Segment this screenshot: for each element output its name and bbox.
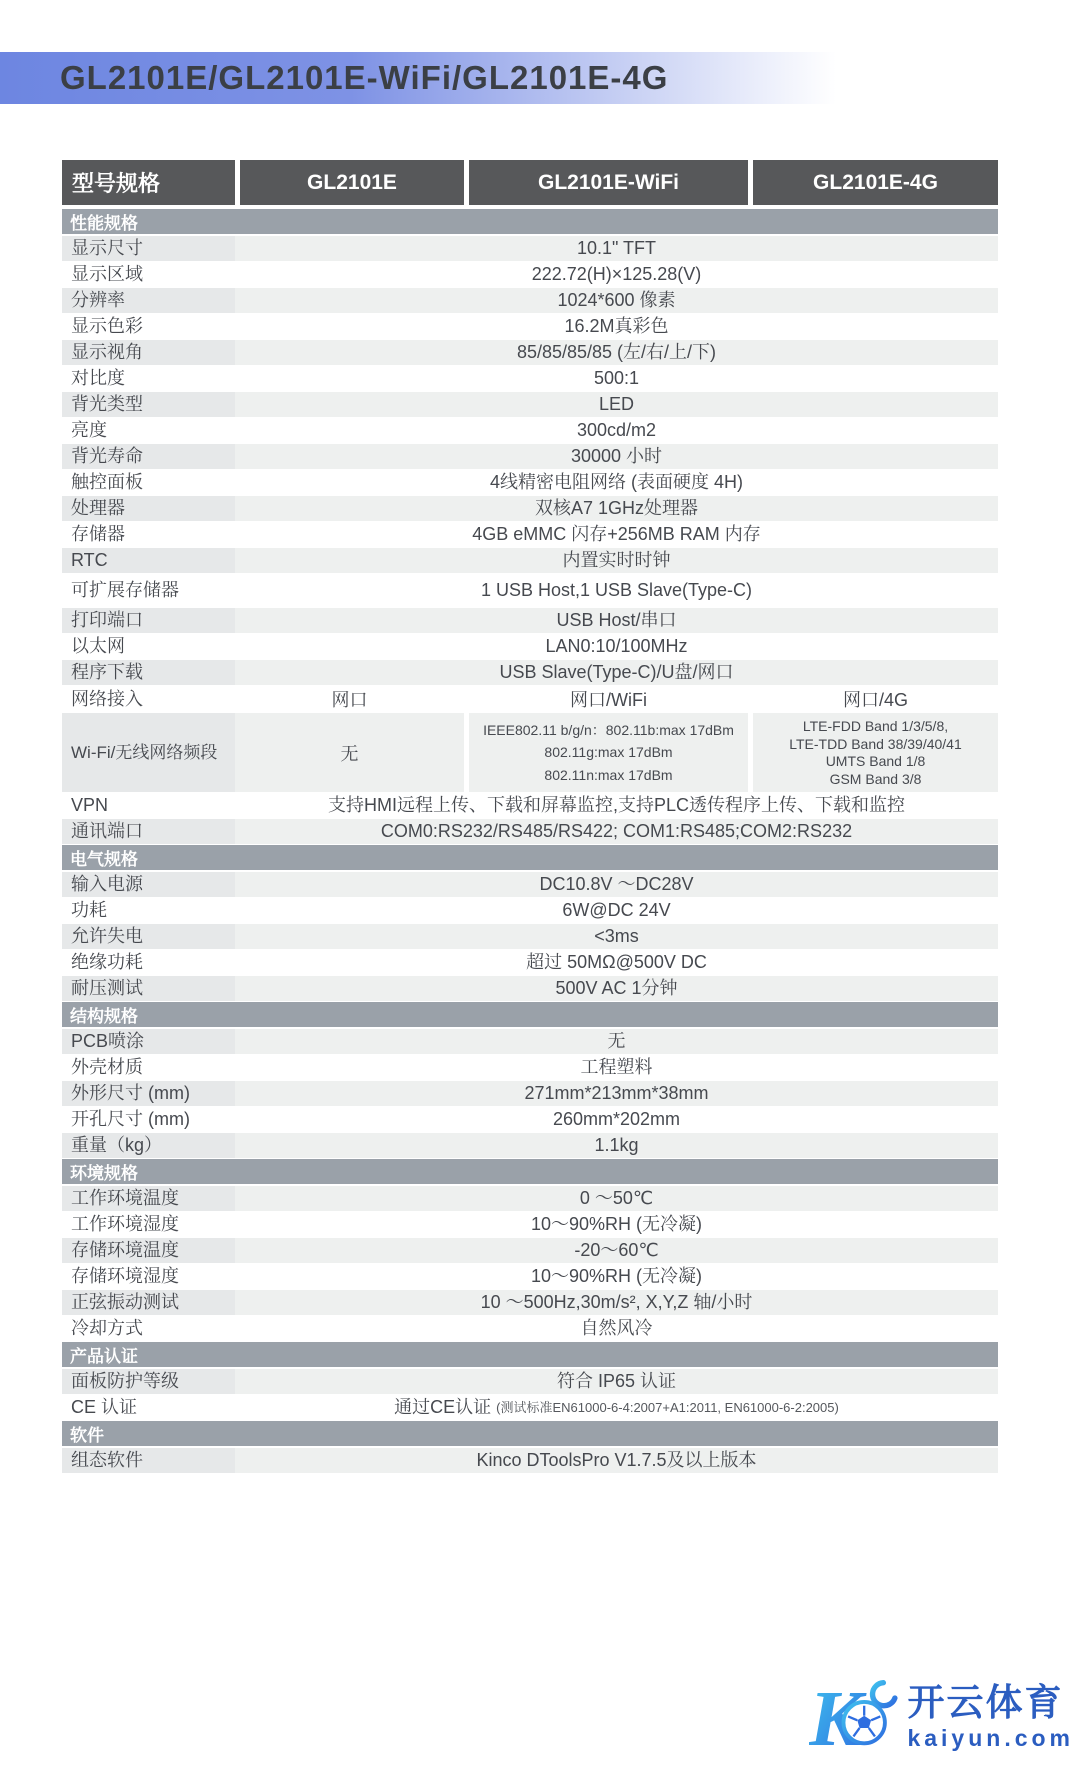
row-label: 存储环境湿度 xyxy=(62,1264,235,1289)
row-label: 显示区域 xyxy=(62,262,235,287)
wifi-cell-gl2101e-4g: LTE-FDD Band 1/3/5/8, LTE-TDD Band 38/39… xyxy=(753,713,998,792)
row-value: 500V AC 1分钟 xyxy=(235,976,998,1001)
table-row: 工作环境温度0 ～50℃ xyxy=(62,1186,998,1211)
row-value: 超过 50MΩ@500V DC xyxy=(235,950,998,975)
row-value: 通过CE认证 (测试标准EN61000-6-4:2007+A1:2011, EN… xyxy=(235,1395,998,1420)
row-label: 可扩展存储器 xyxy=(62,574,235,607)
table-row: RTC内置实时时钟 xyxy=(62,548,998,573)
table-row: 打印端口USB Host/串口 xyxy=(62,608,998,633)
table-row: 亮度300cd/m2 xyxy=(62,418,998,443)
row-value: 10.1" TFT xyxy=(235,236,998,261)
row-value: 6W@DC 24V xyxy=(235,898,998,923)
row-label: 网络接入 xyxy=(62,686,235,712)
table-row: 耐压测试500V AC 1分钟 xyxy=(62,976,998,1001)
row-label: VPN xyxy=(62,793,235,818)
row-value: 222.72(H)×125.28(V) xyxy=(235,262,998,287)
row-label: 面板防护等级 xyxy=(62,1369,235,1394)
row-value: 0 ～50℃ xyxy=(235,1186,998,1211)
section-header-electrical: 电气规格 xyxy=(62,845,998,870)
row-label: 分辨率 xyxy=(62,288,235,313)
network-cell-gl2101e: 网口 xyxy=(235,686,464,712)
wifi-band-line: 802.11g:max 17dBm xyxy=(544,744,672,760)
row-value: 1 USB Host,1 USB Slave(Type-C) xyxy=(235,574,998,607)
wifi-band-line: 802.11n:max 17dBm xyxy=(544,767,672,783)
row-value: 4GB eMMC 闪存+256MB RAM 内存 xyxy=(235,522,998,547)
table-row: 组态软件Kinco DToolsPro V1.7.5及以上版本 xyxy=(62,1448,998,1473)
table-row: 正弦振动测试10 ～500Hz,30m/s², X,Y,Z 轴/小时 xyxy=(62,1290,998,1315)
row-label: 输入电源 xyxy=(62,872,235,897)
row-label: 亮度 xyxy=(62,418,235,443)
row-label: 显示色彩 xyxy=(62,314,235,339)
row-value: 10～90%RH (无冷凝) xyxy=(235,1212,998,1237)
kaiyun-logo-name: 开云体育 xyxy=(907,1684,1063,1721)
table-header-row: 型号规格 GL2101E GL2101E-WiFi GL2101E-4G xyxy=(62,160,998,205)
col-header-spec: 型号规格 xyxy=(62,160,235,205)
row-label: 处理器 xyxy=(62,496,235,521)
row-value: 500:1 xyxy=(235,366,998,391)
section-header-certification: 产品认证 xyxy=(62,1342,998,1367)
row-label: 工作环境温度 xyxy=(62,1186,235,1211)
ce-test-standard-note: (测试标准EN61000-6-4:2007+A1:2011, EN61000-6… xyxy=(496,1401,839,1415)
row-value: 16.2M真彩色 xyxy=(235,314,998,339)
table-row: 绝缘功耗超过 50MΩ@500V DC xyxy=(62,950,998,975)
section-header-environment: 环境规格 xyxy=(62,1159,998,1184)
row-value: USB Host/串口 xyxy=(235,608,998,633)
table-row-wifi-bands: Wi-Fi/无线网络频段 无 IEEE802.11 b/g/n：802.11b:… xyxy=(62,713,998,792)
table-row-network-access: 网络接入 网口 网口/WiFi 网口/4G xyxy=(62,686,998,712)
section-header-structure: 结构规格 xyxy=(62,1002,998,1027)
table-row: 存储器4GB eMMC 闪存+256MB RAM 内存 xyxy=(62,522,998,547)
table-row: 对比度500:1 xyxy=(62,366,998,391)
col-header-gl2101e-wifi: GL2101E-WiFi xyxy=(469,160,748,205)
row-value: LED xyxy=(235,392,998,417)
table-row: 分辨率1024*600 像素 xyxy=(62,288,998,313)
page-title: GL2101E/GL2101E-WiFi/GL2101E-4G xyxy=(0,59,668,97)
row-label: CE 认证 xyxy=(62,1395,235,1420)
row-value: 符合 IP65 认证 xyxy=(235,1369,998,1394)
row-value: -20～60℃ xyxy=(235,1238,998,1263)
row-label: 外形尺寸 (mm) xyxy=(62,1081,235,1106)
row-value: LAN0:10/100MHz xyxy=(235,634,998,659)
row-label: 耐压测试 xyxy=(62,976,235,1001)
lte-band-line: LTE-TDD Band 38/39/40/41 xyxy=(789,736,962,752)
table-row: 程序下载USB Slave(Type-C)/U盘/网口 xyxy=(62,660,998,685)
row-label: 正弦振动测试 xyxy=(62,1290,235,1315)
table-row: 外形尺寸 (mm)271mm*213mm*38mm xyxy=(62,1081,998,1106)
spec-table: 型号规格 GL2101E GL2101E-WiFi GL2101E-4G 性能规… xyxy=(62,160,998,1474)
row-label: 工作环境湿度 xyxy=(62,1212,235,1237)
row-label: 绝缘功耗 xyxy=(62,950,235,975)
table-row: 冷却方式自然风冷 xyxy=(62,1316,998,1341)
row-value: Kinco DToolsPro V1.7.5及以上版本 xyxy=(235,1448,998,1473)
row-label: 对比度 xyxy=(62,366,235,391)
table-row: 存储环境湿度10～90%RH (无冷凝) xyxy=(62,1264,998,1289)
kaiyun-logo-text: 开云体育 kaiyun.com xyxy=(907,1684,1074,1752)
row-value: 4线精密电阻网络 (表面硬度 4H) xyxy=(235,470,998,495)
table-row: 背光类型LED xyxy=(62,392,998,417)
table-row: 外壳材质工程塑料 xyxy=(62,1055,998,1080)
table-row: 功耗6W@DC 24V xyxy=(62,898,998,923)
table-row: 可扩展存储器1 USB Host,1 USB Slave(Type-C) xyxy=(62,574,998,607)
table-row: PCB喷涂无 xyxy=(62,1029,998,1054)
row-value: 内置实时时钟 xyxy=(235,548,998,573)
table-row: 面板防护等级符合 IP65 认证 xyxy=(62,1369,998,1394)
row-label: 允许失电 xyxy=(62,924,235,949)
wifi-band-line: IEEE802.11 b/g/n：802.11b:max 17dBm xyxy=(483,722,734,738)
row-value: 工程塑料 xyxy=(235,1055,998,1080)
table-row: VPN支持HMI远程上传、下载和屏幕监控,支持PLC透传程序上传、下载和监控 xyxy=(62,793,998,818)
table-row: 背光寿命30000 小时 xyxy=(62,444,998,469)
table-row: 输入电源DC10.8V ～DC28V xyxy=(62,872,998,897)
row-label: RTC xyxy=(62,548,235,573)
lte-band-line: LTE-FDD Band 1/3/5/8, xyxy=(803,718,948,734)
row-label: 存储器 xyxy=(62,522,235,547)
network-cell-gl2101e-wifi: 网口/WiFi xyxy=(469,686,748,712)
row-label: 显示视角 xyxy=(62,340,235,365)
table-row: 通讯端口COM0:RS232/RS485/RS422; COM1:RS485;C… xyxy=(62,819,998,844)
row-label: 功耗 xyxy=(62,898,235,923)
table-row: 重量（kg）1.1kg xyxy=(62,1133,998,1158)
kaiyun-logo-domain: kaiyun.com xyxy=(907,1725,1074,1752)
row-value: 85/85/85/85 (左/右/上/下) xyxy=(235,340,998,365)
row-value: 1.1kg xyxy=(235,1133,998,1158)
title-bar: GL2101E/GL2101E-WiFi/GL2101E-4G xyxy=(0,52,836,104)
table-row: 允许失电<3ms xyxy=(62,924,998,949)
section-header-software: 软件 xyxy=(62,1421,998,1446)
kaiyun-logo-mark-icon: K xyxy=(809,1668,901,1768)
table-row: 存储环境温度-20～60℃ xyxy=(62,1238,998,1263)
col-header-gl2101e-4g: GL2101E-4G xyxy=(753,160,998,205)
row-label: 背光类型 xyxy=(62,392,235,417)
row-value: 1024*600 像素 xyxy=(235,288,998,313)
row-value: 300cd/m2 xyxy=(235,418,998,443)
lte-band-line: GSM Band 3/8 xyxy=(830,771,922,787)
row-value: <3ms xyxy=(235,924,998,949)
row-value: 无 xyxy=(235,1029,998,1054)
row-label: 开孔尺寸 (mm) xyxy=(62,1107,235,1132)
row-label: 冷却方式 xyxy=(62,1316,235,1341)
table-row: 开孔尺寸 (mm)260mm*202mm xyxy=(62,1107,998,1132)
table-row-ce: CE 认证 通过CE认证 (测试标准EN61000-6-4:2007+A1:20… xyxy=(62,1395,998,1420)
row-value: COM0:RS232/RS485/RS422; COM1:RS485;COM2:… xyxy=(235,819,998,844)
row-label: 背光寿命 xyxy=(62,444,235,469)
lte-band-line: UMTS Band 1/8 xyxy=(826,753,926,769)
row-label: 触控面板 xyxy=(62,470,235,495)
row-label: 程序下载 xyxy=(62,660,235,685)
row-label: 打印端口 xyxy=(62,608,235,633)
network-cell-gl2101e-4g: 网口/4G xyxy=(753,686,998,712)
row-value: 双核A7 1GHz处理器 xyxy=(235,496,998,521)
table-row: 显示区域222.72(H)×125.28(V) xyxy=(62,262,998,287)
table-row: 以太网LAN0:10/100MHz xyxy=(62,634,998,659)
row-value: 自然风冷 xyxy=(235,1316,998,1341)
row-label: 外壳材质 xyxy=(62,1055,235,1080)
row-value: 支持HMI远程上传、下载和屏幕监控,支持PLC透传程序上传、下载和监控 xyxy=(235,793,998,818)
wifi-cell-gl2101e-wifi: IEEE802.11 b/g/n：802.11b:max 17dBm 802.1… xyxy=(469,713,748,792)
row-value: 30000 小时 xyxy=(235,444,998,469)
col-header-gl2101e: GL2101E xyxy=(240,160,464,205)
table-row: 处理器双核A7 1GHz处理器 xyxy=(62,496,998,521)
row-label: 以太网 xyxy=(62,634,235,659)
row-value: USB Slave(Type-C)/U盘/网口 xyxy=(235,660,998,685)
kaiyun-logo[interactable]: K 开云体育 kaiyun.com xyxy=(809,1668,1074,1768)
row-label: 组态软件 xyxy=(62,1448,235,1473)
table-row: 工作环境湿度10～90%RH (无冷凝) xyxy=(62,1212,998,1237)
table-row: 显示尺寸10.1" TFT xyxy=(62,236,998,261)
row-value: 10～90%RH (无冷凝) xyxy=(235,1264,998,1289)
row-value: 260mm*202mm xyxy=(235,1107,998,1132)
wifi-cell-gl2101e: 无 xyxy=(235,713,464,792)
table-row: 触控面板4线精密电阻网络 (表面硬度 4H) xyxy=(62,470,998,495)
row-value: 10 ～500Hz,30m/s², X,Y,Z 轴/小时 xyxy=(235,1290,998,1315)
ce-value: 通过CE认证 xyxy=(394,1398,491,1417)
row-value: 271mm*213mm*38mm xyxy=(235,1081,998,1106)
table-row: 显示色彩16.2M真彩色 xyxy=(62,314,998,339)
row-label: 存储环境温度 xyxy=(62,1238,235,1263)
row-label: 重量（kg） xyxy=(62,1133,235,1158)
table-row: 显示视角85/85/85/85 (左/右/上/下) xyxy=(62,340,998,365)
row-label: 显示尺寸 xyxy=(62,236,235,261)
row-label: PCB喷涂 xyxy=(62,1029,235,1054)
row-label: 通讯端口 xyxy=(62,819,235,844)
section-header-performance: 性能规格 xyxy=(62,209,998,234)
row-label: Wi-Fi/无线网络频段 xyxy=(62,713,235,792)
row-value: DC10.8V ～DC28V xyxy=(235,872,998,897)
